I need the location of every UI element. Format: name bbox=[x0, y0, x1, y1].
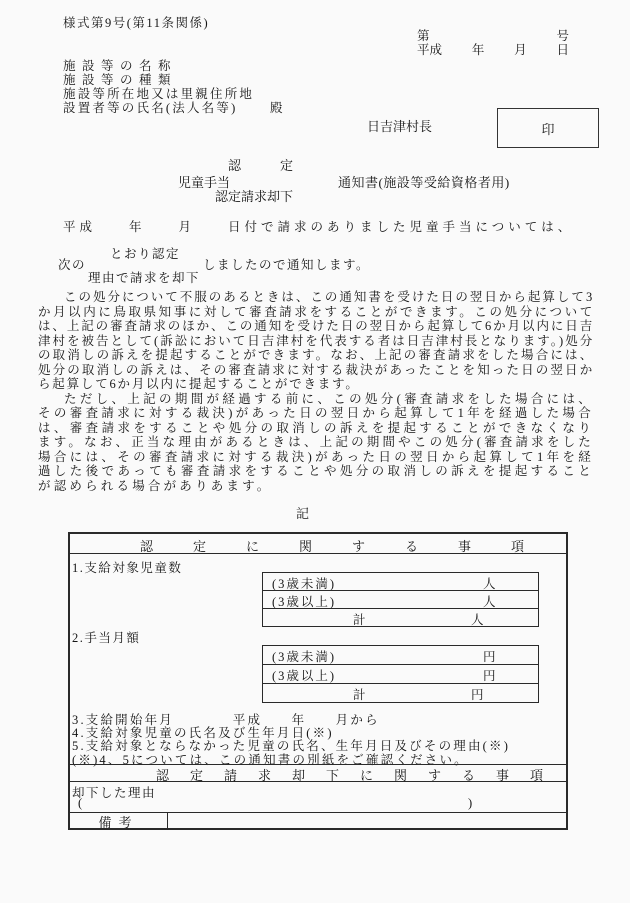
addressee-facility-type: 施設等の種類 bbox=[63, 73, 177, 87]
doc-number-prefix: 第 bbox=[417, 29, 430, 43]
amount-row-under3: (3歳未満) 円 bbox=[263, 646, 538, 664]
addressee-facility-name: 施設等の名称 bbox=[63, 59, 177, 73]
determination-table: 認定に関する事項 1.支給対象児童数 (3歳未満) 人 (3歳以上) 人 計 人… bbox=[68, 532, 568, 830]
date-year: 年 bbox=[472, 43, 485, 57]
issuer-mayor-name: 日吉津村長 bbox=[367, 120, 432, 135]
title-suffix: 通知書(施設等受給資格者用) bbox=[338, 176, 510, 191]
amount-over3-label: (3歳以上) bbox=[272, 666, 336, 684]
issue-date-line: 平成 年 月 日 bbox=[417, 43, 569, 57]
item2-monthly-amount-label: 2.手当月額 bbox=[72, 628, 140, 646]
date-day: 日 bbox=[556, 43, 569, 57]
amount-row-total: 計 円 bbox=[263, 683, 538, 702]
seal-mark: 印 bbox=[541, 119, 554, 138]
remarks-label-cell: 備考 bbox=[70, 812, 168, 828]
count-row-over3: (3歳以上) 人 bbox=[263, 590, 538, 608]
amount-total-label: 計 bbox=[353, 685, 368, 703]
monthly-amount-box: (3歳未満) 円 (3歳以上) 円 計 円 bbox=[262, 645, 539, 703]
addressee-facility-address: 施設等所在地又は里親住所地 bbox=[63, 87, 254, 101]
ki-mark: 記 bbox=[296, 507, 309, 522]
section1-header-row: 認定に関する事項 bbox=[70, 534, 566, 554]
form-number: 様式第9号(第11条関係) bbox=[63, 16, 209, 30]
amount-row-over3: (3歳以上) 円 bbox=[263, 664, 538, 683]
title-option-rejection: 認定請求却下 bbox=[215, 190, 293, 205]
count-row-total: 計 人 bbox=[263, 608, 538, 626]
notify-option-approved: とおり認定 bbox=[110, 247, 180, 261]
appeal-paragraph-2: ただし、上記の期間が経過する前に、この処分(審査請求をした場合には、その審査請求… bbox=[38, 392, 594, 494]
amount-over3-unit: 円 bbox=[483, 666, 496, 684]
opening-sentence: 平成 年 月 日付で請求のありました児童手当については、 bbox=[63, 220, 574, 234]
appeal-paragraph-1: この処分について不服のあるときは、この通知書を受けた日の翌日から起算して3か月以… bbox=[38, 290, 594, 392]
date-era: 平成 bbox=[417, 43, 442, 57]
notify-prefix: 次の bbox=[58, 258, 86, 272]
appeal-instructions: この処分について不服のあるときは、この通知書を受けた日の翌日から起算して3か月以… bbox=[38, 290, 594, 493]
count-total-unit: 人 bbox=[471, 610, 484, 628]
doc-number-suffix: 号 bbox=[556, 29, 569, 43]
amount-under3-unit: 円 bbox=[483, 647, 496, 665]
rejection-paren-close: ) bbox=[468, 796, 472, 811]
count-row-under3: (3歳未満) 人 bbox=[263, 573, 538, 590]
honorific: 殿 bbox=[270, 101, 283, 115]
notification-form-page: 様式第9号(第11条関係) 第 号 平成 年 月 日 施設等の名称 施設等の種類… bbox=[0, 0, 630, 903]
remarks-row: 備考 bbox=[70, 812, 566, 828]
remarks-label: 備考 bbox=[98, 815, 138, 830]
seal-box: 印 bbox=[497, 108, 599, 148]
rejection-reason-cell: 却下した理由 ( ) bbox=[70, 780, 566, 813]
item1-child-count-label: 1.支給対象児童数 bbox=[72, 558, 182, 576]
amount-total-unit: 円 bbox=[471, 685, 484, 703]
section1-header-text: 認定に関する事項 bbox=[140, 536, 564, 555]
amount-under3-label: (3歳未満) bbox=[272, 647, 336, 665]
notify-option-rejected: 理由で請求を却下 bbox=[88, 271, 200, 285]
doc-number-line: 第 号 bbox=[417, 29, 569, 43]
title-option-approval: 認定 bbox=[228, 159, 332, 174]
addressee-founder-name: 設置者等の氏名(法人名等) bbox=[63, 101, 237, 115]
rejection-reason-label: 却下した理由 bbox=[72, 783, 156, 801]
notify-suffix: しましたので通知します。 bbox=[203, 258, 370, 272]
child-count-box: (3歳未満) 人 (3歳以上) 人 計 人 bbox=[262, 572, 539, 627]
date-month: 月 bbox=[514, 43, 527, 57]
count-total-label: 計 bbox=[353, 610, 368, 628]
rejection-paren-open: ( bbox=[78, 796, 82, 811]
